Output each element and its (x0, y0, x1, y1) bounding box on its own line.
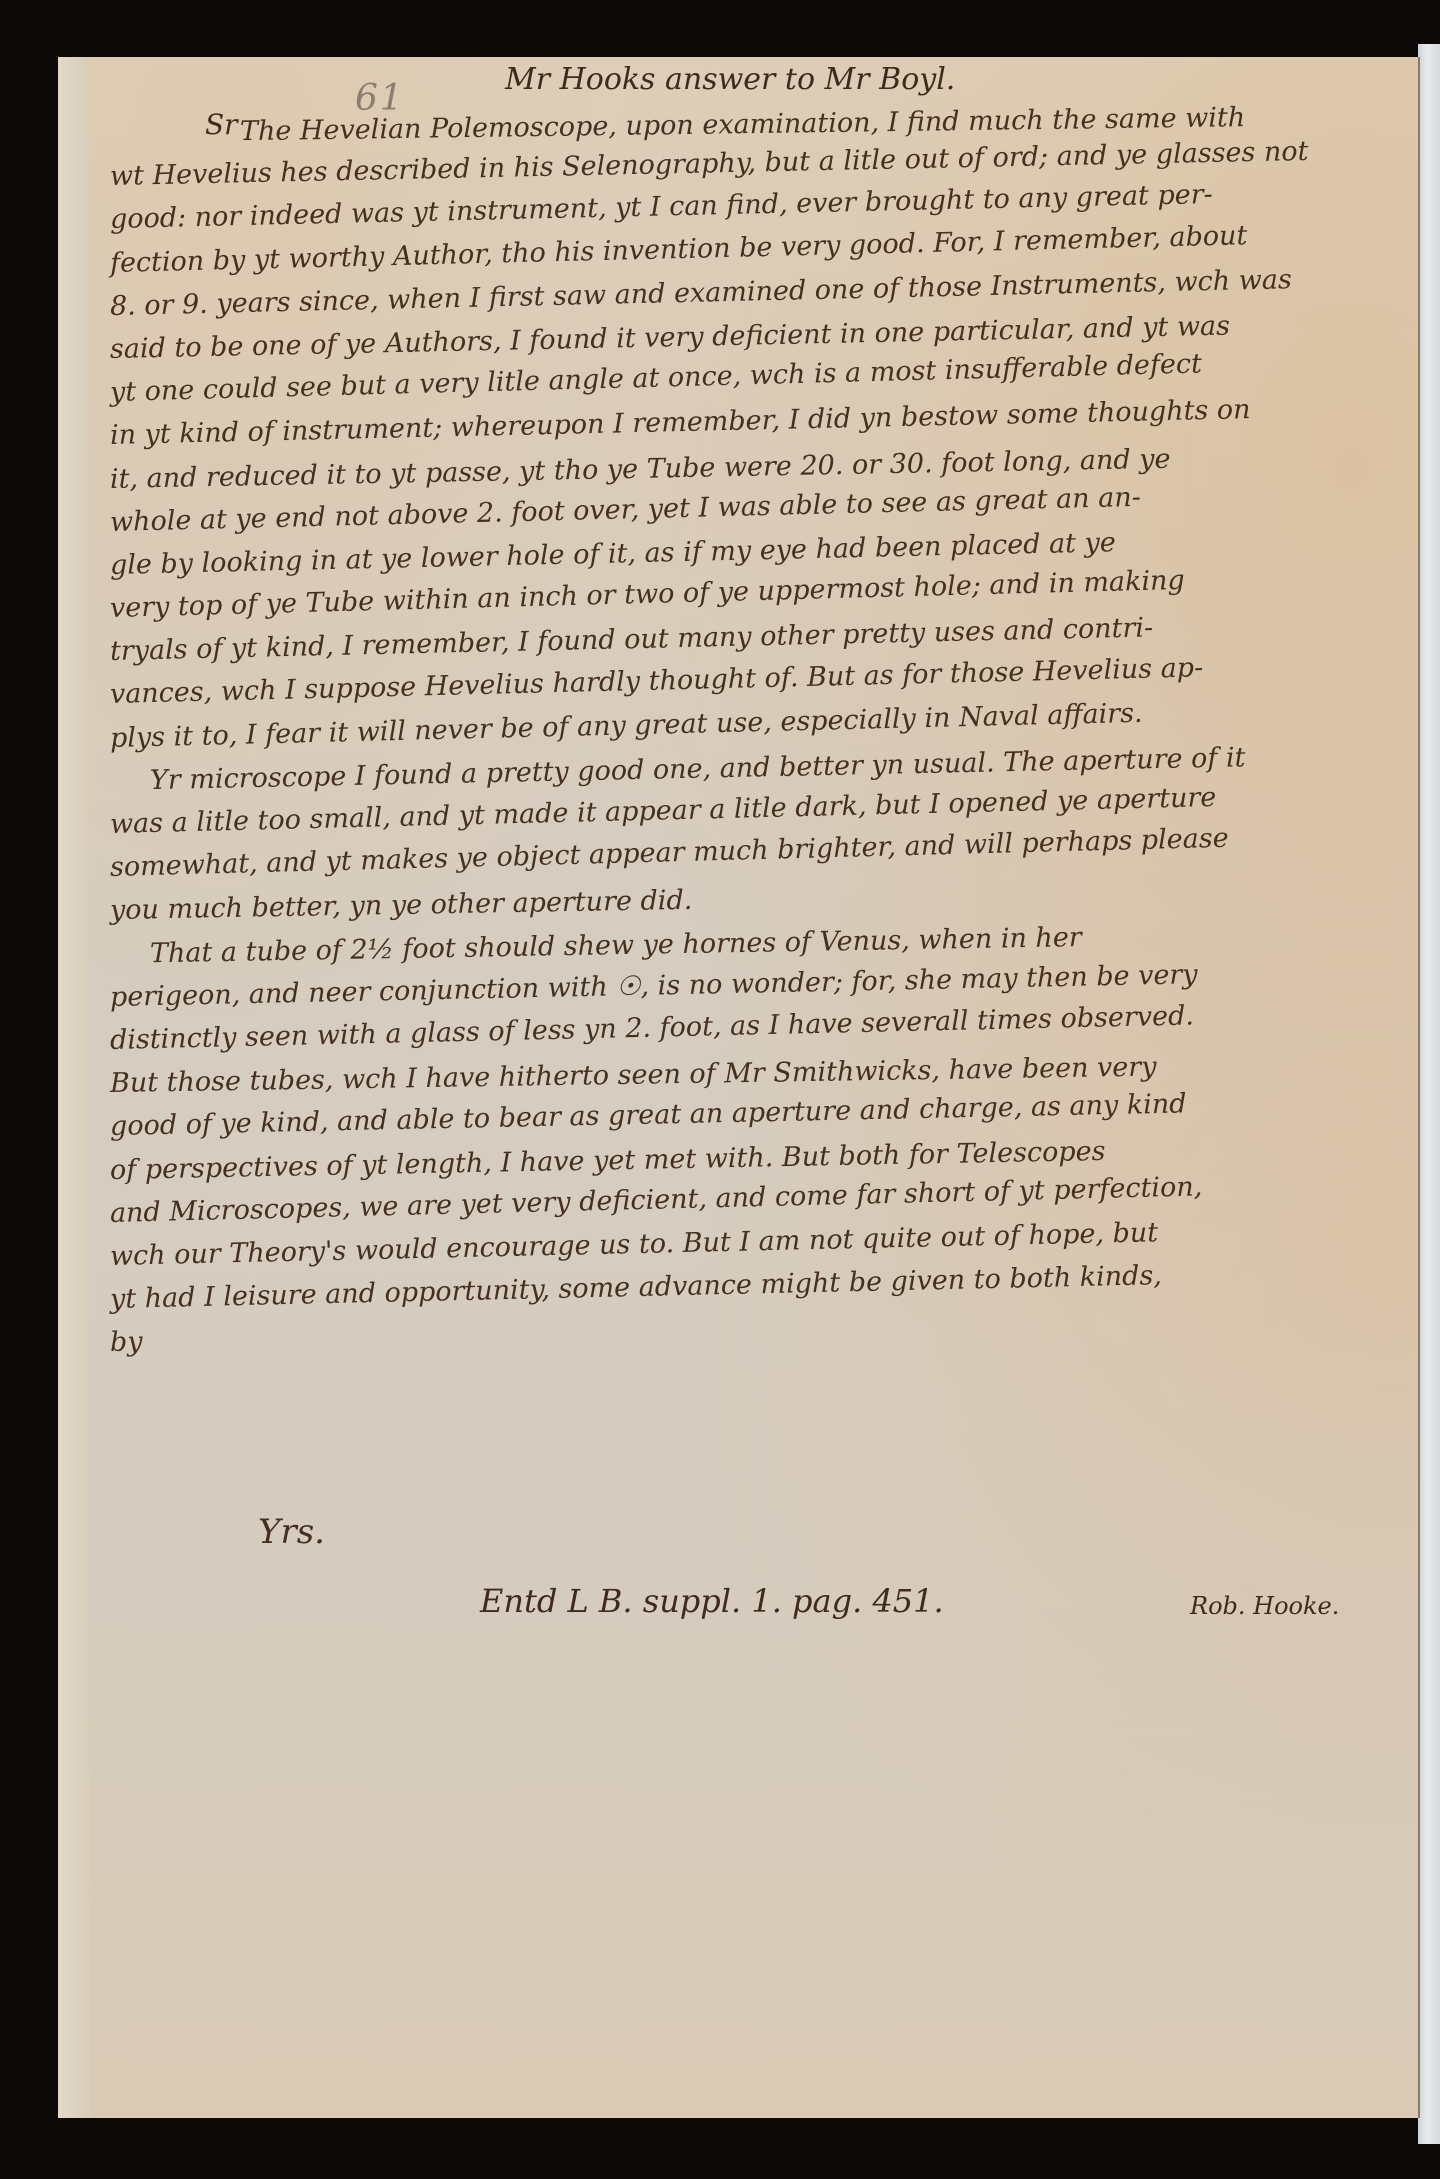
signature: Rob. Hooke. (1190, 1592, 1339, 1620)
closing-yours: Yrs. (258, 1512, 325, 1552)
letter-book-entry-note: Entd L B. suppl. 1. pag. 451. (480, 1582, 944, 1620)
archive-mount-strip (1418, 44, 1440, 2144)
binding-guard-strip (58, 57, 91, 2118)
letter-heading: Mr Hooks answer to Mr Boyl. (505, 62, 955, 97)
letter-body: The Hevelian Polemoscope, upon examinati… (110, 112, 1400, 1364)
